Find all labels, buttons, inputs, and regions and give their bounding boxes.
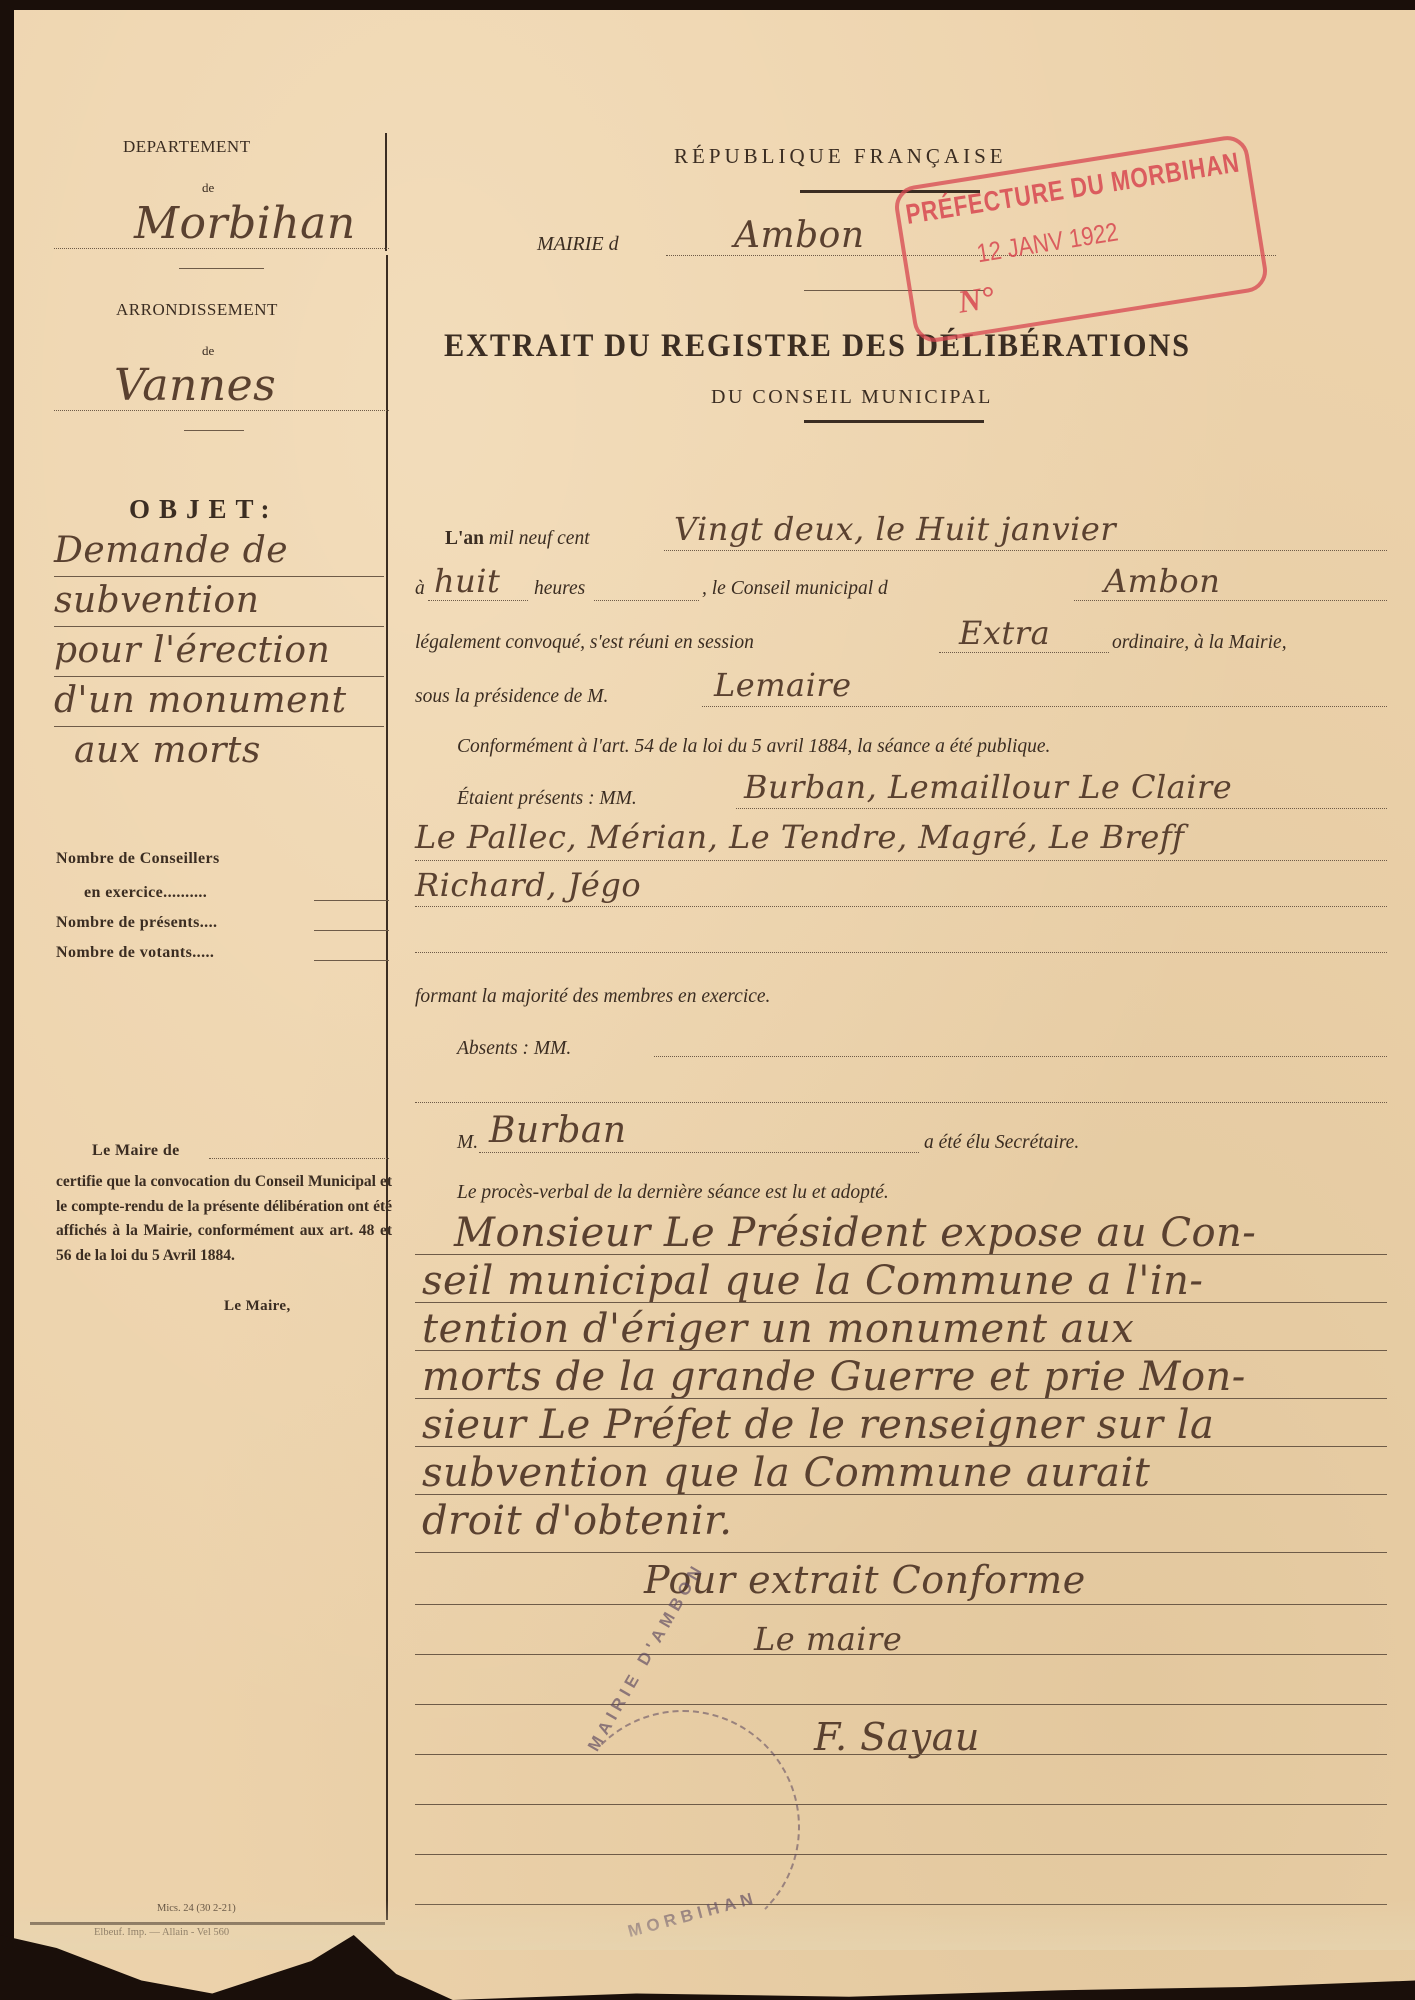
presidence-label: sous la présidence de M. xyxy=(415,686,608,708)
presents-line-1: Burban, Lemaillour Le Claire xyxy=(744,768,1232,806)
lan-line xyxy=(664,550,1387,551)
page-subtitle: DU CONSEIL MUNICIPAL xyxy=(711,386,993,409)
objet-rule-2 xyxy=(54,626,384,627)
presents-rule-4 xyxy=(415,952,1387,953)
presents-line-3: Richard, Jégo xyxy=(415,866,641,904)
a-label: à xyxy=(415,578,425,600)
presents-line-2: Le Pallec, Mérian, Le Tendre, Magré, Le … xyxy=(415,818,1185,856)
presents-count-field xyxy=(314,930,389,931)
presents-count-label: Nombre de présents.... xyxy=(56,914,217,932)
closing-title: Le maire xyxy=(754,1620,902,1658)
deliberation-line-4: morts de la grande Guerre et prie Mon- xyxy=(422,1354,1246,1400)
objet-line-3: pour l'érection xyxy=(54,630,330,671)
mairie-label: MAIRIE d xyxy=(537,233,619,256)
departement-value: Morbihan xyxy=(134,198,356,249)
ruled-line-5 xyxy=(415,1446,1387,1447)
deliberation-line-2: seil municipal que la Commune a l'in- xyxy=(422,1258,1203,1304)
heures-label: heures xyxy=(534,578,585,600)
departement-line xyxy=(54,248,389,249)
ruled-line-11 xyxy=(415,1754,1387,1755)
secretaire-value: Burban xyxy=(489,1110,627,1151)
worn-paper-edge xyxy=(14,1900,1415,1950)
column-divider-top xyxy=(385,133,387,251)
ruled-line-8 xyxy=(415,1604,1387,1605)
secretaire-label: a été élu Secrétaire. xyxy=(924,1132,1079,1154)
arrondissement-line xyxy=(54,410,389,411)
certification-maire-field xyxy=(209,1158,389,1159)
absents-line xyxy=(654,1056,1387,1057)
heure-value: huit xyxy=(434,562,500,600)
ruled-line-13 xyxy=(415,1854,1387,1855)
objet-rule-4 xyxy=(54,726,384,727)
conseil-line xyxy=(1074,600,1387,601)
arrondissement-de: de xyxy=(202,343,214,359)
heure-line xyxy=(428,600,528,601)
lan-label: L'an mil neuf cent xyxy=(445,528,590,550)
certification-text: certifie que la convocation du Conseil M… xyxy=(56,1170,392,1268)
objet-rule-1 xyxy=(54,576,384,577)
lan-printed: mil neuf cent xyxy=(489,528,590,549)
votants-count-label: Nombre de votants..... xyxy=(56,944,214,962)
certification-maire-de: Le Maire de xyxy=(92,1142,180,1160)
presidence-value: Lemaire xyxy=(714,666,852,704)
lan-value: Vingt deux, le Huit janvier xyxy=(674,510,1116,548)
proces-verbal-text: Le procès-verbal de la dernière séance e… xyxy=(457,1182,889,1204)
absents-line-2 xyxy=(415,1102,1387,1103)
lan-bold: L'an xyxy=(445,528,484,549)
exercice-label: en exercice.......... xyxy=(84,884,207,902)
objet-label: OBJET: xyxy=(129,494,279,525)
presents-rule-2 xyxy=(415,860,1387,861)
votants-count-field xyxy=(314,960,389,961)
deliberation-line-3: tention d'ériger un monument aux xyxy=(422,1306,1134,1352)
minutes-line xyxy=(594,600,699,601)
ruled-line-3 xyxy=(415,1350,1387,1351)
column-divider xyxy=(386,255,388,1920)
document-page: DEPARTEMENT de Morbihan ARRONDISSEMENT d… xyxy=(14,10,1415,2000)
departement-de: de xyxy=(202,180,214,196)
header-rule-3 xyxy=(804,420,984,423)
secretaire-line xyxy=(479,1152,919,1153)
deliberation-line-5: sieur Le Préfet de le renseigner sur la xyxy=(422,1402,1214,1448)
arrondissement-underline xyxy=(184,430,244,431)
arrondissement-value: Vannes xyxy=(114,360,276,411)
objet-line-2: subvention xyxy=(54,580,259,621)
conseil-label: , le Conseil municipal d xyxy=(702,578,888,600)
ruled-line-10 xyxy=(415,1704,1387,1705)
ruled-line-12 xyxy=(415,1804,1387,1805)
departement-label: DEPARTEMENT xyxy=(123,137,251,157)
prefecture-stamp-number: N° xyxy=(956,279,997,321)
session-value: Extra xyxy=(959,614,1050,652)
convoque-label: légalement convoqué, s'est réuni en sess… xyxy=(415,632,754,654)
presents-rule-1 xyxy=(736,808,1387,809)
deliberation-line-6: subvention que la Commune aurait xyxy=(422,1450,1150,1496)
conformement-text: Conformément à l'art. 54 de la loi du 5 … xyxy=(457,736,1050,758)
session-line xyxy=(939,652,1109,653)
objet-line-1: Demande de xyxy=(54,530,288,571)
ruled-line-4 xyxy=(415,1398,1387,1399)
absents-label: Absents : MM. xyxy=(457,1038,571,1060)
majorite-text: formant la majorité des membres en exerc… xyxy=(415,986,770,1008)
arrondissement-label: ARRONDISSEMENT xyxy=(116,300,278,320)
conseillers-label: Nombre de Conseillers xyxy=(56,850,220,868)
mayor-signature: F. Sayau xyxy=(814,1715,980,1759)
conseil-value: Ambon xyxy=(1104,562,1220,600)
presents-label: Étaient présents : MM. xyxy=(457,788,637,810)
ruled-line-6 xyxy=(415,1494,1387,1495)
presents-rule-3 xyxy=(415,906,1387,907)
prefecture-stamp-date: 12 JANV 1922 xyxy=(975,216,1121,269)
departement-underline xyxy=(179,268,264,269)
ruled-line-1 xyxy=(415,1254,1387,1255)
presidence-line xyxy=(702,706,1387,707)
deliberation-line-1: Monsieur Le Président expose au Con- xyxy=(454,1210,1256,1256)
objet-line-5: aux morts xyxy=(74,730,261,771)
page-title: EXTRAIT DU REGISTRE DES DÉLIBÉRATIONS xyxy=(444,328,1191,365)
objet-rule-3 xyxy=(54,676,384,677)
ruled-line-9 xyxy=(415,1654,1387,1655)
closing-formula: Pour extrait Conforme xyxy=(644,1558,1086,1602)
mairie-value: Ambon xyxy=(734,215,865,256)
republique-francaise: RÉPUBLIQUE FRANÇAISE xyxy=(674,144,1007,169)
exercice-field xyxy=(314,900,389,901)
objet-line-4: d'un monument xyxy=(54,680,347,721)
ordinaire-label: ordinaire, à la Mairie, xyxy=(1112,632,1287,654)
certification-signature-label: Le Maire, xyxy=(224,1298,291,1315)
secretaire-prefix: M. xyxy=(457,1132,478,1154)
ruled-line-7 xyxy=(415,1552,1387,1553)
deliberation-line-7: droit d'obtenir. xyxy=(422,1498,732,1544)
ruled-line-2 xyxy=(415,1302,1387,1303)
